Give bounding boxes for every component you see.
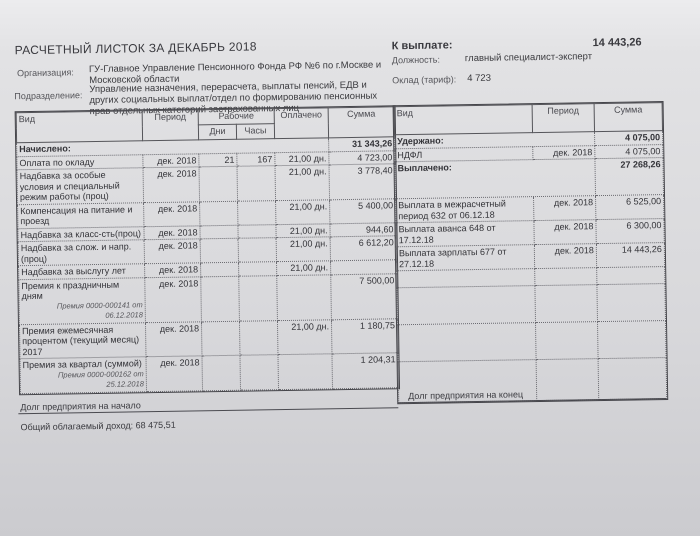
paid-section-row: Выплачено:27 268,26 xyxy=(395,158,664,199)
col-header-working: Рабочие xyxy=(198,109,274,125)
organization-label: Организация: xyxy=(17,67,74,78)
accrual-paid: 21,00 дн. xyxy=(290,238,328,249)
position-value: главный специалист-эксперт xyxy=(465,51,592,64)
accrual-note: Премия 0000-000162 от 25.12.2018 xyxy=(23,369,144,392)
empty-row xyxy=(397,284,666,325)
col-header-period: Период xyxy=(142,110,198,141)
accrual-paid: 21,00 дн. xyxy=(290,262,328,273)
accrual-period-cell: дек. 2018 xyxy=(144,225,200,239)
accrual-type: Премия ежемесячная процентом (текущий ме… xyxy=(22,324,139,356)
document-title: РАСЧЕТНЫЙ ЛИСТОК ЗА ДЕКАБРЬ 2018 xyxy=(15,39,257,57)
accrual-paid-cell: 21,00 дн. xyxy=(275,165,330,200)
accrual-sum-cell: 3 778,40 xyxy=(329,164,396,200)
accrual-paid-cell: 21,00 дн. xyxy=(277,319,332,354)
accrual-paid-cell xyxy=(277,274,332,320)
empty-cell xyxy=(397,286,536,325)
accrual-period-cell: дек. 2018 xyxy=(143,167,200,202)
accrual-sum: 1 180,75 xyxy=(360,320,395,331)
accrual-type: Оплата по окладу xyxy=(19,157,94,168)
accrual-sum-cell: 944,60 xyxy=(330,222,396,237)
accrual-hours: 167 xyxy=(257,154,272,164)
accrual-period-cell: дек. 2018 xyxy=(146,356,203,391)
accrual-sum: 7 500,00 xyxy=(359,275,394,286)
accrual-hours-cell xyxy=(239,262,277,276)
salary-label: Оклад (тариф): xyxy=(392,74,456,85)
accrual-period: дек. 2018 xyxy=(157,155,196,166)
accrual-period: дек. 2018 xyxy=(157,168,196,179)
col-header-days: Дни xyxy=(198,124,236,140)
accrual-period: дек. 2018 xyxy=(159,278,198,289)
accrual-sum-cell: 4 723,00 xyxy=(329,150,395,165)
paid-row-sum: 6 300,00 xyxy=(596,219,664,244)
to-pay-label: К выплате: xyxy=(392,39,453,52)
accrual-sum: 944,60 xyxy=(366,224,394,234)
accrual-type: Надбавка за класс-сть(проц) xyxy=(20,228,141,240)
accrual-period: дек. 2018 xyxy=(158,240,197,251)
empty-cell xyxy=(597,284,666,322)
accrual-type-cell: Премия к праздничным днямПремия 0000-000… xyxy=(19,277,146,324)
empty-cell xyxy=(398,323,537,362)
salary-value: 4 723 xyxy=(467,73,491,84)
withheld-row-period: дек. 2018 xyxy=(533,145,595,159)
accrual-sum-cell: 1 180,75 xyxy=(331,318,398,354)
accrual-sum-cell: 1 204,31 xyxy=(332,353,399,389)
accrual-days-cell: 21 xyxy=(199,153,237,167)
debt-end-label: Долг предприятия на конец xyxy=(408,389,523,401)
accrual-sum: 5 400,00 xyxy=(358,200,393,211)
accrual-type: Премия за квартал (суммой) xyxy=(23,358,142,370)
accrual-sum-cell xyxy=(331,260,397,275)
accrual-type: Надбавка за слож. и напр. (проц) xyxy=(21,241,132,263)
empty-cell xyxy=(397,269,535,288)
accrual-sum: 4 723,00 xyxy=(357,152,392,163)
accrual-hours-cell xyxy=(239,320,278,355)
accrual-paid-cell: 21,00 дн. xyxy=(277,261,331,275)
accrual-period-cell: дек. 2018 xyxy=(145,321,202,356)
paid-row-period: дек. 2018 xyxy=(534,220,596,245)
empty-cell xyxy=(598,358,667,400)
accrual-days-cell xyxy=(199,166,238,201)
accrual-paid-cell: 21,00 дн. xyxy=(276,199,330,224)
accrual-row: Надбавка за особые условия и специальный… xyxy=(17,164,395,204)
accrual-period: дек. 2018 xyxy=(158,203,197,214)
accrual-paid: 21,00 дн. xyxy=(289,166,327,177)
paid-label: Выплачено: xyxy=(395,159,596,199)
empty-row xyxy=(398,321,667,362)
right-col-header-period: Период xyxy=(532,104,594,133)
accrual-period: дек. 2018 xyxy=(160,357,199,368)
accrual-paid-cell: 21,00 дн. xyxy=(275,151,329,165)
accrual-period-cell: дек. 2018 xyxy=(144,239,200,264)
accrual-hours-cell: 167 xyxy=(237,152,275,166)
accrual-sum: 6 612,20 xyxy=(359,237,394,248)
accrual-hours-cell xyxy=(238,238,276,263)
to-pay-value: 14 443,26 xyxy=(593,36,642,49)
accrual-type-cell: Надбавка за особые условия и специальный… xyxy=(17,168,144,204)
col-header-type: Вид xyxy=(16,111,142,143)
accrual-period: дек. 2018 xyxy=(158,227,197,238)
accrual-days-cell xyxy=(201,321,240,356)
accrual-type: Надбавка за выслугу лет xyxy=(21,266,126,278)
accrual-paid: 21,00 дн. xyxy=(289,153,327,164)
accrual-days: 21 xyxy=(224,154,234,164)
accruals-section-total: 31 343,26 xyxy=(329,137,395,152)
empty-cell xyxy=(535,268,597,286)
accrual-row: Премия к праздничным днямПремия 0000-000… xyxy=(19,273,398,324)
debt-start-label: Долг предприятия на начало xyxy=(20,400,141,412)
paid-row-type: Выплата зарплаты 677 от 27.12.18 xyxy=(396,245,534,271)
payslip-sheet: РАСЧЕТНЫЙ ЛИСТОК ЗА ДЕКАБРЬ 2018 Организ… xyxy=(0,0,700,536)
position-label: Должность: xyxy=(392,55,440,66)
accrual-hours-cell xyxy=(240,355,279,390)
paid-total: 27 268,26 xyxy=(595,158,664,196)
paid-row-type: Выплата аванса 648 от 17.12.18 xyxy=(396,221,534,247)
accrual-type-cell: Премия за квартал (суммой)Премия 0000-00… xyxy=(20,357,147,393)
accrual-period: дек. 2018 xyxy=(160,323,199,334)
empty-cell xyxy=(536,322,599,360)
empty-cell xyxy=(597,267,665,285)
right-col-header-type: Вид xyxy=(394,105,532,135)
accrual-sum: 1 204,31 xyxy=(360,354,395,365)
accrual-paid-cell xyxy=(278,354,333,389)
accrual-hours-cell xyxy=(238,200,276,225)
empty-cell xyxy=(535,285,598,323)
accrual-sum-cell: 6 612,20 xyxy=(330,236,396,261)
withheld-total: 4 075,00 xyxy=(595,131,663,146)
accrual-paid-cell: 21,00 дн. xyxy=(276,237,330,262)
accrual-note: Премия 0000-000141 от 06.12.2018 xyxy=(22,300,143,323)
taxable-income-label: Общий облагаемый доход: xyxy=(21,420,134,432)
accrual-type-cell: Премия ежемесячная процентом (текущий ме… xyxy=(19,322,146,358)
accrual-period-cell: дек. 2018 xyxy=(143,153,199,167)
paid-row-period: дек. 2018 xyxy=(534,196,596,221)
deductions-table: Вид Период Сумма Удержано: 4 075,00 НДФЛ… xyxy=(394,102,668,403)
accrual-period: дек. 2018 xyxy=(159,264,198,275)
paid-row-period: дек. 2018 xyxy=(534,244,596,269)
accrual-row: Премия ежемесячная процентом (текущий ме… xyxy=(19,318,397,358)
empty-cell xyxy=(597,321,666,359)
accrual-type: Премия к праздничным дням xyxy=(21,279,119,301)
department-label: Подразделение: xyxy=(14,90,82,101)
accrual-period-cell: дек. 2018 xyxy=(144,201,200,226)
accrual-paid: 21,00 дн. xyxy=(289,201,327,212)
accrual-days-cell xyxy=(201,262,239,276)
accrual-hours-cell xyxy=(237,166,276,201)
accrual-type: Компенсация на питание и проезд xyxy=(20,204,132,226)
right-col-header-sum: Сумма xyxy=(594,103,662,132)
accrual-sum: 3 778,40 xyxy=(357,165,392,176)
accrual-paid: 21,00 дн. xyxy=(290,225,328,236)
accruals-table: Вид Период Рабочие Оплачено Сумма Дни Ча… xyxy=(16,106,399,393)
accrual-row: Премия за квартал (суммой)Премия 0000-00… xyxy=(20,353,398,393)
accrual-period-cell: дек. 2018 xyxy=(145,263,201,277)
col-header-hours: Часы xyxy=(236,124,274,140)
accrual-days-cell xyxy=(200,225,238,239)
paid-row-type: Выплата в межрасчетный период 632 от 06.… xyxy=(396,197,534,223)
col-header-sum: Сумма xyxy=(328,107,394,138)
paid-row-sum: 14 443,26 xyxy=(596,243,664,268)
accrual-sum-cell: 7 500,00 xyxy=(331,273,398,319)
accrual-paid-cell: 21,00 дн. xyxy=(276,223,330,237)
accrual-hours-cell xyxy=(238,224,276,238)
withheld-row-sum: 4 075,00 xyxy=(595,144,663,159)
accrual-sum-cell: 5 400,00 xyxy=(330,198,396,223)
col-header-paid: Оплачено xyxy=(274,108,328,139)
accrual-days-cell xyxy=(202,355,241,390)
accrual-type-cell: Надбавка за слож. и напр. (проц) xyxy=(18,240,144,266)
empty-cell xyxy=(536,359,599,401)
accrual-type-cell: Компенсация на питание и проезд xyxy=(18,202,144,228)
accrual-hours-cell xyxy=(239,275,278,321)
taxable-income: Общий облагаемый доход: 68 475,51 xyxy=(21,420,176,432)
taxable-income-value: 68 475,51 xyxy=(136,420,176,431)
accrual-paid: 21,00 дн. xyxy=(291,321,329,332)
accrual-days-cell xyxy=(200,201,238,226)
paid-row-sum: 6 525,00 xyxy=(596,195,664,220)
accrual-period-cell: дек. 2018 xyxy=(145,276,202,322)
accrual-days-cell xyxy=(200,238,238,263)
accrual-days-cell xyxy=(201,276,240,322)
accrual-type: Надбавка за особые условия и специальный… xyxy=(20,170,120,202)
